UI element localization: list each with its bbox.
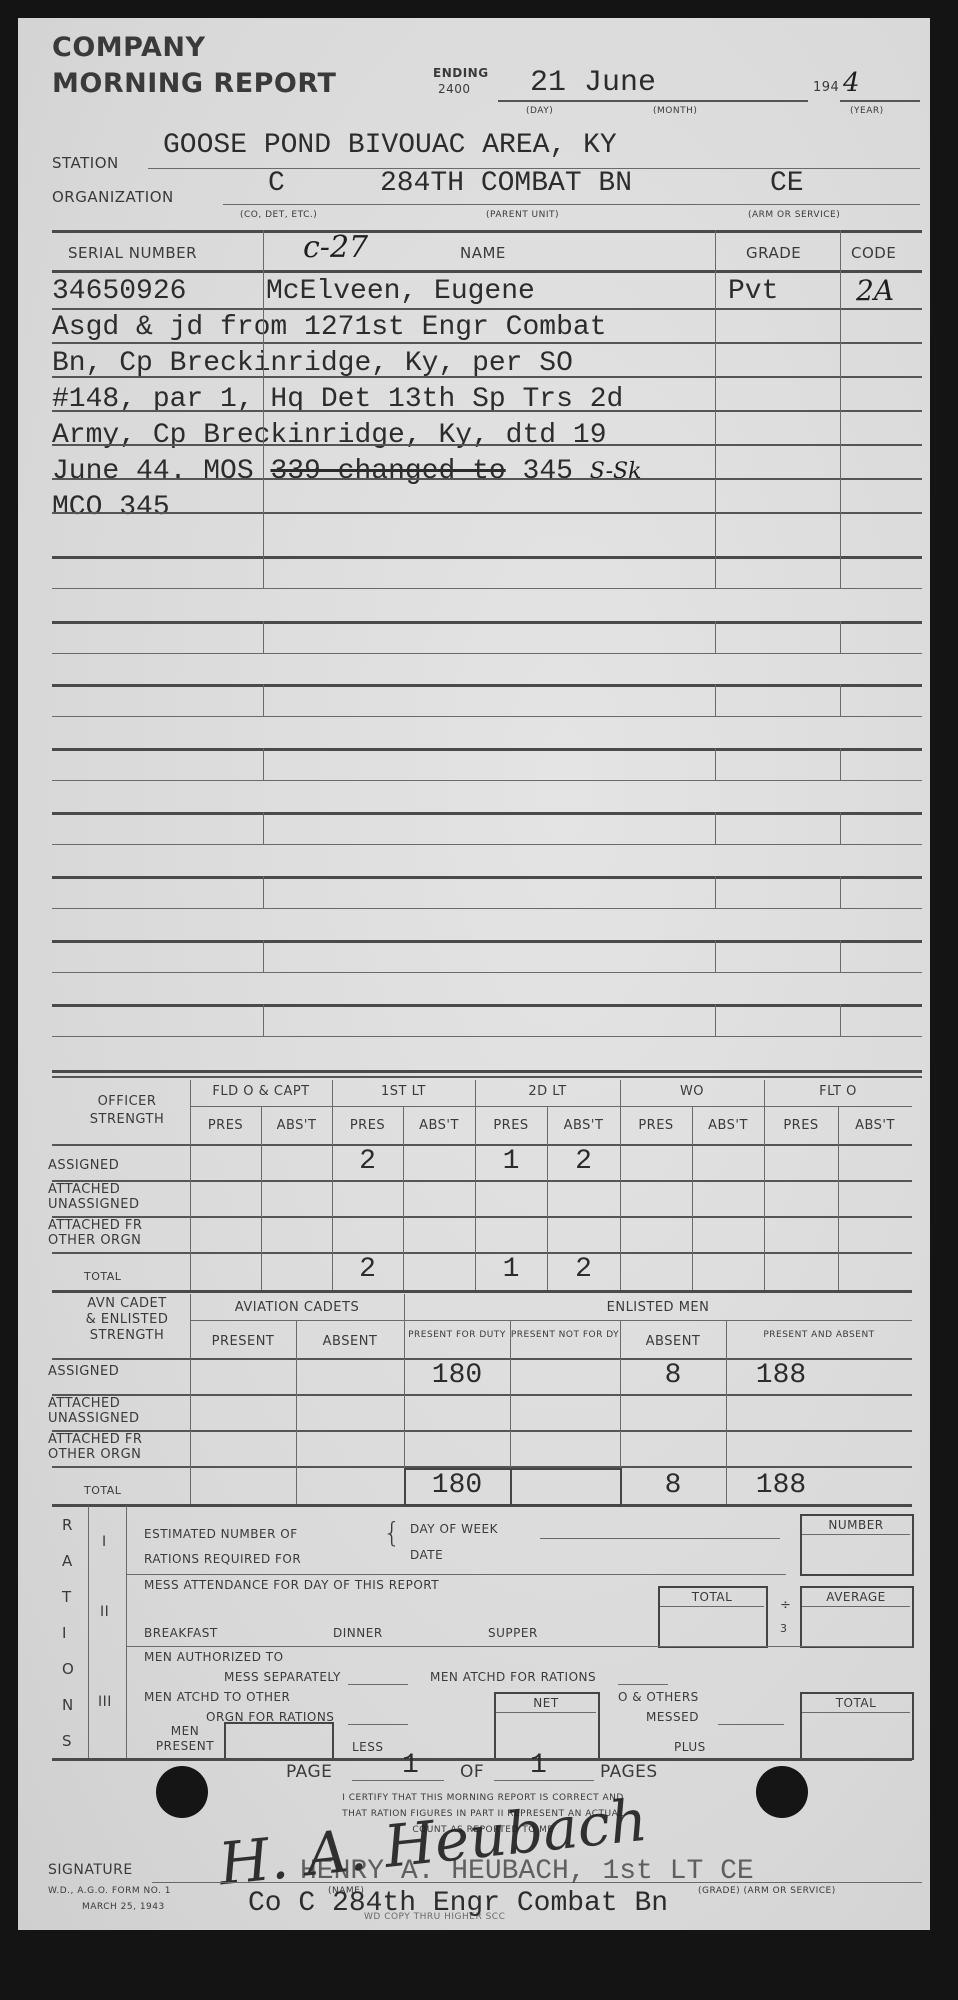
header-name: NAME bbox=[460, 244, 506, 262]
station-label: STATION bbox=[52, 154, 119, 172]
officer-strength-title: OFFICER STRENGTH bbox=[52, 1093, 202, 1129]
ending-label: ENDING bbox=[433, 66, 489, 80]
year-value[interactable]: 4 bbox=[843, 68, 860, 98]
year-underline bbox=[840, 100, 920, 102]
header-code: CODE bbox=[851, 244, 896, 262]
enlisted-present-and-absent[interactable]: 188 bbox=[726, 1360, 836, 1391]
remark-line-6: MCO 345 bbox=[52, 492, 170, 523]
enlisted-row-attached-unassigned: ATTACHED UNASSIGNED bbox=[48, 1396, 178, 1426]
atchd-other-field[interactable] bbox=[348, 1724, 408, 1725]
remark-mos-label: June 44. MOS bbox=[52, 456, 254, 487]
entry-name[interactable]: McElveen, Eugene bbox=[266, 276, 535, 307]
binder-hole-left bbox=[156, 1766, 208, 1818]
ending-time: 2400 bbox=[438, 82, 471, 96]
handwritten-annotation: c-27 bbox=[303, 230, 368, 265]
atchd-rations-field[interactable] bbox=[618, 1684, 668, 1685]
mess-separately-field[interactable] bbox=[348, 1684, 408, 1685]
group-wo: WO bbox=[620, 1084, 764, 1099]
remark-line-2: Bn, Cp Breckinridge, Ky, per SO bbox=[52, 348, 573, 379]
entry-grade[interactable]: Pvt bbox=[728, 276, 778, 307]
page-number[interactable]: 1 bbox=[402, 1750, 419, 1781]
form-date: MARCH 25, 1943 bbox=[82, 1902, 165, 1912]
remark-struck-text: 339 changed to bbox=[270, 456, 505, 487]
enlisted-row-attached-other: ATTACHED FR OTHER ORGN bbox=[48, 1432, 178, 1462]
remark-line-4: Army, Cp Breckinridge, Ky, dtd 19 bbox=[52, 420, 607, 451]
station-value[interactable]: GOOSE POND BIVOUAC AREA, KY bbox=[163, 130, 617, 161]
officer-2d-lt-pres[interactable]: 1 bbox=[475, 1146, 547, 1177]
org-caption-company: (CO, DET, ETC.) bbox=[240, 210, 317, 220]
month-caption: (MONTH) bbox=[653, 106, 697, 116]
overprint-text: WD COPY THRU HIGHER SCC bbox=[364, 1912, 505, 1922]
day-of-week-field[interactable] bbox=[540, 1538, 780, 1539]
year-caption: (YEAR) bbox=[850, 106, 884, 116]
others-messed-field[interactable] bbox=[718, 1724, 784, 1725]
year-prefix: 194 bbox=[813, 80, 839, 95]
enlisted-strength-title: AVN CADET & ENLISTED STRENGTH bbox=[52, 1296, 202, 1344]
entry-code[interactable]: 2A bbox=[856, 274, 894, 307]
group-fld-o-capt: FLD O & CAPT bbox=[190, 1084, 332, 1099]
org-company[interactable]: C bbox=[268, 168, 285, 199]
org-caption-parent: (PARENT UNIT) bbox=[486, 210, 559, 220]
officer-1st-lt-pres[interactable]: 2 bbox=[332, 1146, 403, 1177]
enlisted-present-for-duty[interactable]: 180 bbox=[404, 1360, 510, 1391]
remark-new-mos: 345 bbox=[523, 456, 573, 487]
org-arm-service[interactable]: CE bbox=[770, 168, 804, 199]
officer-row-attached-other: ATTACHED FR OTHER ORGN bbox=[48, 1218, 178, 1248]
enlisted-absent[interactable]: 8 bbox=[620, 1360, 726, 1391]
remark-line-1: Asgd & jd from 1271st Engr Combat bbox=[52, 312, 607, 343]
remark-line-5: June 44. MOS 339 changed to 345 S-Sk bbox=[52, 456, 641, 487]
officer-2d-lt-abst[interactable]: 2 bbox=[547, 1146, 620, 1177]
group-enlisted-men: ENLISTED MEN bbox=[404, 1300, 912, 1315]
form-number: W.D., A.G.O. FORM NO. 1 bbox=[48, 1886, 171, 1896]
typed-name-grade: HENRY A. HEUBACH, 1st LT CE bbox=[300, 1856, 754, 1887]
org-caption-arm: (ARM OR SERVICE) bbox=[748, 210, 840, 220]
remark-initials: S-Sk bbox=[590, 459, 642, 484]
entries-top-rule bbox=[52, 230, 922, 233]
date-underline bbox=[498, 100, 808, 102]
form-title-line2: MORNING REPORT bbox=[52, 68, 336, 99]
report-date[interactable]: 21 June bbox=[530, 66, 656, 100]
officer-top-rule bbox=[52, 1076, 922, 1078]
form-title-line1: COMPANY bbox=[52, 32, 206, 63]
total-pages[interactable]: 1 bbox=[530, 1750, 547, 1781]
day-caption: (DAY) bbox=[526, 106, 553, 116]
organization-underline bbox=[223, 204, 920, 205]
org-parent-unit[interactable]: 284TH COMBAT BN bbox=[380, 168, 632, 199]
organization-label: ORGANIZATION bbox=[52, 188, 174, 206]
officer-row-attached-unassigned: ATTACHED UNASSIGNED bbox=[48, 1182, 178, 1212]
group-1st-lt: 1ST LT bbox=[332, 1084, 475, 1099]
morning-report-form: COMPANY MORNING REPORT ENDING 2400 21 Ju… bbox=[18, 18, 930, 1930]
group-aviation-cadets: AVIATION CADETS bbox=[190, 1300, 404, 1315]
group-flt-o: FLT O bbox=[764, 1084, 912, 1099]
header-grade: GRADE bbox=[746, 244, 801, 262]
entry-serial[interactable]: 34650926 bbox=[52, 276, 186, 307]
men-present-box[interactable] bbox=[224, 1722, 334, 1760]
binder-hole-right bbox=[756, 1766, 808, 1818]
header-bottom-rule bbox=[52, 270, 922, 273]
group-2d-lt: 2D LT bbox=[475, 1084, 620, 1099]
header-serial-number: SERIAL NUMBER bbox=[68, 244, 197, 262]
